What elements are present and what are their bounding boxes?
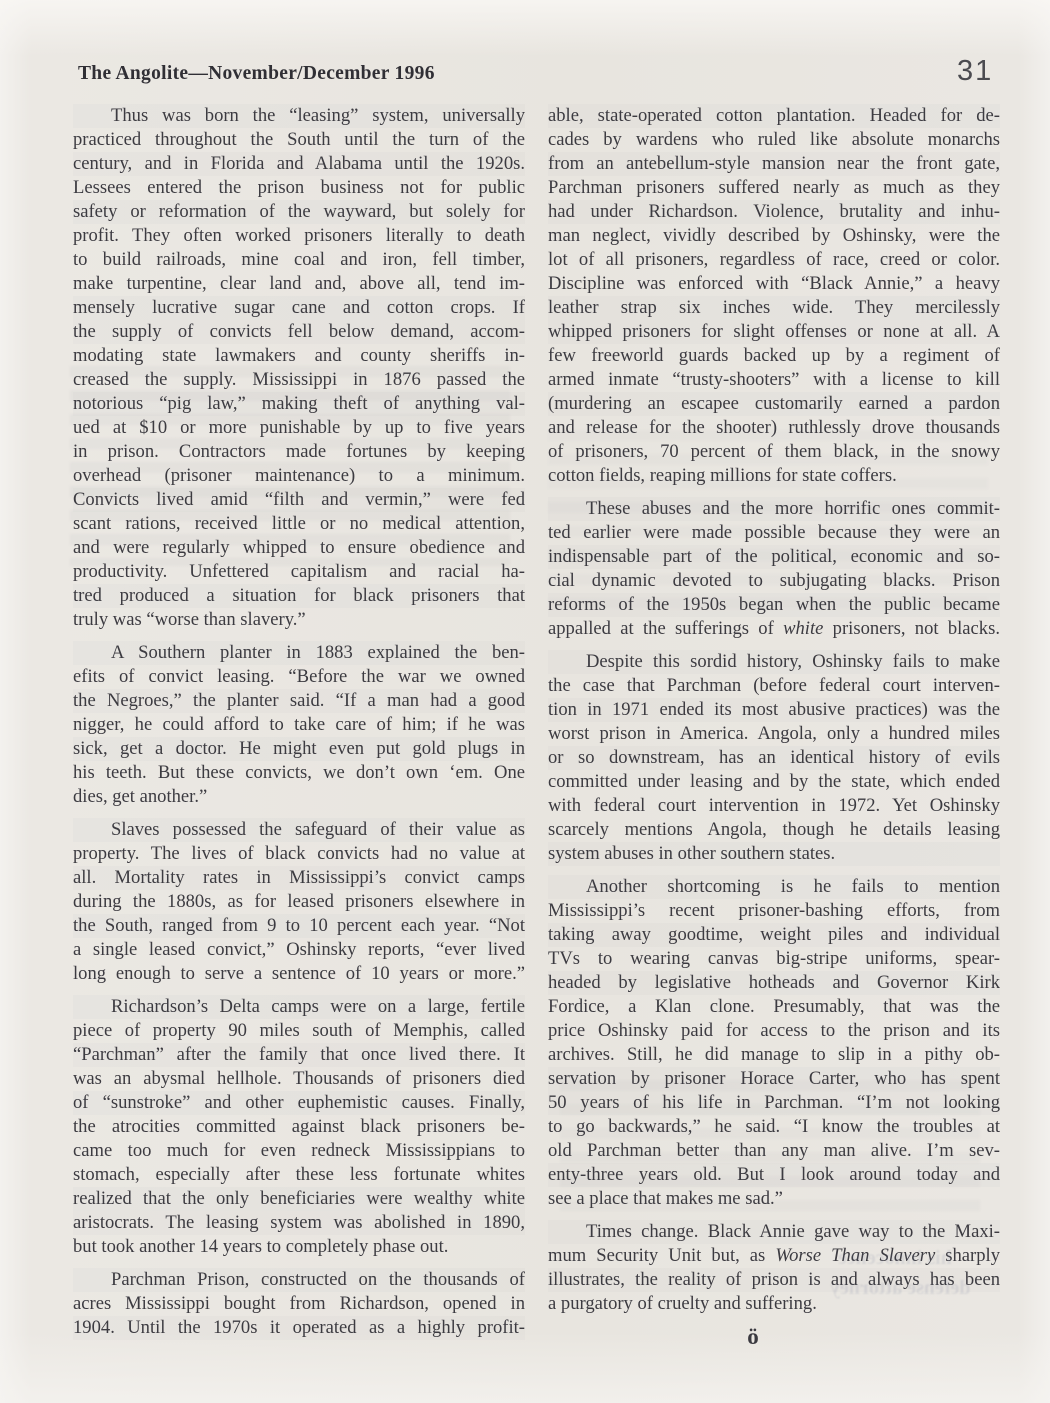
text-line: the Negroes,” the planter said. “If a ma… (73, 689, 525, 713)
text-line: of prisoners, 70 percent of them black, … (548, 440, 1000, 464)
text-line: Slaves possessed the safeguard of their … (73, 818, 525, 842)
text-line: the supply of convicts fell below demand… (73, 320, 525, 344)
text-line: tred produced a situation for black pris… (73, 584, 525, 608)
paragraph: Thus was born the “leasing” system, univ… (73, 104, 525, 632)
text-line: (murdering an escapee customarily earned… (548, 392, 1000, 416)
text-line: cades by wardens who ruled like absolute… (548, 128, 1000, 152)
text-line: in prison. Contractors made fortunes by … (73, 440, 525, 464)
text-line: came too much for even redneck Mississip… (73, 1139, 525, 1163)
text-line: ued at $10 or more punishable by up to f… (73, 416, 525, 440)
text-line: committed under leasing and by the state… (548, 770, 1000, 794)
text-line: to go backwards,” he said. “I know the t… (548, 1115, 1000, 1139)
text-line: overhead (prisoner maintenance) to a min… (73, 464, 525, 488)
text-line: with federal court intervention in 1972.… (548, 794, 1000, 818)
text-line: realized that the only beneficiaries wer… (73, 1187, 525, 1211)
text-line: lot of all prisoners, regardless of race… (548, 248, 1000, 272)
text-line: “Parchman” after the family that once li… (73, 1043, 525, 1067)
text-line: few freeworld guards backed up by a regi… (548, 344, 1000, 368)
text-line: Parchman Prison, constructed on the thou… (73, 1268, 525, 1292)
text-line: efits of convict leasing. “Before the wa… (73, 665, 525, 689)
text-line: profit. They often worked prisoners lite… (73, 224, 525, 248)
text-line: Fordice, a Klan clone. Presumably, that … (548, 995, 1000, 1019)
text-line: servation by prisoner Horace Carter, who… (548, 1067, 1000, 1091)
text-line: Lessees entered the prison business not … (73, 176, 525, 200)
text-line: and were regularly whipped to ensure obe… (73, 536, 525, 560)
text-line: a single leased convict,” Oshinsky repor… (73, 938, 525, 962)
text-line: Convicts lived amid “filth and vermin,” … (73, 488, 525, 512)
running-header-journal-title: The Angolite—November/December 1996 (78, 63, 435, 85)
text-line: Despite this sordid history, Oshinsky fa… (548, 650, 1000, 674)
text-line: truly was “worse than slavery.” (73, 608, 525, 632)
text-line: reforms of the 1950s began when the publ… (548, 593, 1000, 617)
text-line: the South, ranged from 9 to 10 percent e… (73, 914, 525, 938)
text-line: of “sunstroke” and other euphemistic cau… (73, 1091, 525, 1115)
text-line: system abuses in other southern states. (548, 842, 1000, 866)
text-line: was an abysmal hellhole. Thousands of pr… (73, 1067, 525, 1091)
text-line: indispensable part of the political, eco… (548, 545, 1000, 569)
bleed-through-text: defense attorney (830, 1277, 971, 1300)
text-line: modating state lawmakers and county sher… (73, 344, 525, 368)
scanned-magazine-page: The Angolite—November/December 1996 31 T… (0, 0, 1050, 1403)
text-line: price Oshinsky paid for access to the pr… (548, 1019, 1000, 1043)
text-line: notorious “pig law,” making theft of any… (73, 392, 525, 416)
text-line: piece of property 90 miles south of Memp… (73, 1019, 525, 1043)
text-line: dies, get another.” (73, 785, 525, 809)
text-line: had under Richardson. Violence, brutalit… (548, 200, 1000, 224)
text-line: Discipline was enforced with “Black Anni… (548, 272, 1000, 296)
page-number: 31 (957, 55, 993, 88)
text-line: taking away goodtime, weight piles and i… (548, 923, 1000, 947)
text-line: property. The lives of black convicts ha… (73, 842, 525, 866)
text-line: Thus was born the “leasing” system, univ… (73, 104, 525, 128)
text-line: able, state-operated cotton plantation. … (548, 104, 1000, 128)
text-line: and release for the shooter) ruthlessly … (548, 416, 1000, 440)
text-line: but took another 14 years to completely … (73, 1235, 525, 1259)
text-line: archives. Still, he did manage to slip i… (548, 1043, 1000, 1067)
text-line: all. Mortality rates in Mississippi’s co… (73, 866, 525, 890)
text-line: nigger, he could afford to take care of … (73, 713, 525, 737)
paragraph: Richardson’s Delta camps were on a large… (73, 995, 525, 1259)
text-line: during the 1880s, as for leased prisoner… (73, 890, 525, 914)
paragraph: Despite this sordid history, Oshinsky fa… (548, 650, 1000, 866)
text-line: cial dynamic devoted to subjugating blac… (548, 569, 1000, 593)
text-line: acres Mississippi bought from Richardson… (73, 1292, 525, 1316)
text-line: creased the supply. Mississippi in 1876 … (73, 368, 525, 392)
paragraph: able, state-operated cotton plantation. … (548, 104, 1000, 488)
text-line: cotton fields, reaping millions for stat… (548, 464, 1000, 488)
text-line: old Parchman better than any man alive. … (548, 1139, 1000, 1163)
text-line: Another shortcoming is he fails to menti… (548, 875, 1000, 899)
text-line: worst prison in America. Angola, only a … (548, 722, 1000, 746)
text-line: A Southern planter in 1883 explained the… (73, 641, 525, 665)
text-line: headed by legislative hotheads and Gover… (548, 971, 1000, 995)
text-line: make turpentine, clear land and, above a… (73, 272, 525, 296)
text-line: whipped prisoners for slight offenses or… (548, 320, 1000, 344)
text-line: Richardson’s Delta camps were on a large… (73, 995, 525, 1019)
text-line: see a place that makes me sad.” (548, 1187, 1000, 1211)
text-line: safety or reformation of the wayward, bu… (73, 200, 525, 224)
text-line: sick, get a doctor. He might even put go… (73, 737, 525, 761)
end-of-article-mark: ö (548, 1325, 1000, 1349)
text-line: leather strap six inches wide. They merc… (548, 296, 1000, 320)
text-line: enty-three years old. But I look around … (548, 1163, 1000, 1187)
text-line: his teeth. But these convicts, we don’t … (73, 761, 525, 785)
text-line: ted earlier were made possible because t… (548, 521, 1000, 545)
paragraph: Parchman Prison, constructed on the thou… (73, 1268, 525, 1340)
text-line: appalled at the sufferings of white pris… (548, 617, 1000, 641)
text-line: the atrocities committed against black p… (73, 1115, 525, 1139)
text-line: scant rations, received little or no med… (73, 512, 525, 536)
paragraph: Slaves possessed the safeguard of their … (73, 818, 525, 986)
text-line: Mississippi’s recent prisoner-bashing ef… (548, 899, 1000, 923)
text-line: 1904. Until the 1970s it operated as a h… (73, 1316, 525, 1340)
paragraph: A Southern planter in 1883 explained the… (73, 641, 525, 809)
text-line: century, and in Florida and Alabama unti… (73, 152, 525, 176)
paragraph: These abuses and the more horrific ones … (548, 497, 1000, 641)
text-line: productivity. Unfettered capitalism and … (73, 560, 525, 584)
text-line: stomach, especially after these less for… (73, 1163, 525, 1187)
paragraph: Another shortcoming is he fails to menti… (548, 875, 1000, 1211)
text-line: Times change. Black Annie gave way to th… (548, 1220, 1000, 1244)
text-line: long enough to serve a sentence of 10 ye… (73, 962, 525, 986)
text-line: the case that Parchman (before federal c… (548, 674, 1000, 698)
text-line: aristocrats. The leasing system was abol… (73, 1211, 525, 1235)
text-line: mensely lucrative sugar cane and cotton … (73, 296, 525, 320)
article-column-left: Thus was born the “leasing” system, univ… (73, 104, 525, 1349)
text-line: or so downstream, has an identical histo… (548, 746, 1000, 770)
article-column-right: able, state-operated cotton plantation. … (548, 104, 1000, 1349)
text-line: TVs to wearing canvas big-stripe uniform… (548, 947, 1000, 971)
bleed-through-text: his innocence (838, 1247, 952, 1270)
text-line: tion in 1971 ended its most abusive prac… (548, 698, 1000, 722)
text-line: Parchman prisoners suffered nearly as mu… (548, 176, 1000, 200)
text-line: scarcely mentions Angola, though he deta… (548, 818, 1000, 842)
text-line: These abuses and the more horrific ones … (548, 497, 1000, 521)
text-line: from an antebellum-style mansion near th… (548, 152, 1000, 176)
text-line: man neglect, vividly described by Oshins… (548, 224, 1000, 248)
text-line: practiced throughout the South until the… (73, 128, 525, 152)
text-line: 50 years of his life in Parchman. “I’m n… (548, 1091, 1000, 1115)
text-line: armed inmate “trusty-shooters” with a li… (548, 368, 1000, 392)
text-line: to build railroads, mine coal and iron, … (73, 248, 525, 272)
